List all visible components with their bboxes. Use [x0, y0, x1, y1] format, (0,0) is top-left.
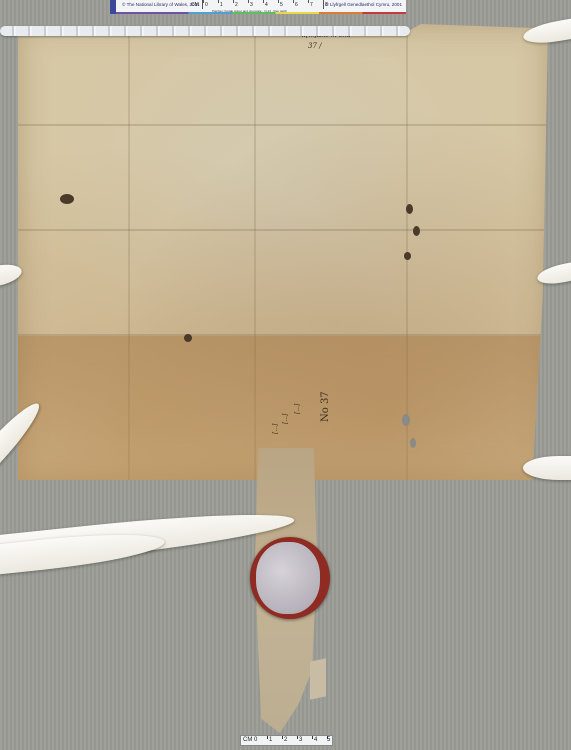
ruler-tick: 0 — [205, 2, 208, 8]
seal-hole — [404, 252, 411, 260]
bottom-scale-bar: CM 0 1 2 3 4 5 — [240, 735, 333, 746]
ruler-mark — [267, 736, 268, 739]
ruler-mark — [312, 736, 313, 739]
seal-hole — [406, 204, 413, 214]
seal-hole — [413, 226, 420, 236]
ruler-tick: 4 — [265, 2, 268, 8]
ruler-tick: 0 — [254, 737, 257, 743]
wax-seal — [250, 537, 330, 619]
ruler-tick: 7 — [310, 2, 313, 8]
seal-hole — [184, 334, 192, 342]
ruler-tick: 1 — [269, 737, 272, 743]
ruler-tick: 5 — [327, 737, 330, 743]
colour-patches — [116, 12, 406, 14]
endorsement-text: [...] — [272, 424, 279, 434]
ruler-tick: 2 — [235, 2, 238, 8]
archive-number: 37 / — [308, 42, 322, 50]
cm-ruler: CM 0 1 2 3 4 5 6 7 8 — [202, 0, 324, 9]
ink-stain — [60, 194, 74, 204]
top-scale-bar: © The National Library of Wales, 2001 CM… — [116, 0, 406, 14]
fold-line — [18, 229, 548, 231]
endorsement-text: [...] — [294, 404, 301, 414]
tag-flap — [310, 658, 326, 699]
copyright-left: © The National Library of Wales, 2001 — [122, 2, 200, 7]
ruler-tick: 3 — [299, 737, 302, 743]
seal-face — [256, 542, 320, 614]
endorsement-number: No 37 — [320, 391, 331, 422]
chain-weight — [0, 26, 410, 36]
ruler-mark — [282, 736, 283, 739]
ruler-mark — [297, 736, 298, 739]
parchment-charter: w[...]lshe m Cha 37 / No 37 [...] [...] … — [18, 24, 548, 480]
copyright-right: © Llyfrgell Genedlaethol Cymru, 2001 — [325, 2, 402, 7]
ruler-tick: 4 — [314, 737, 317, 743]
fold-line — [18, 124, 548, 126]
ruler-unit: CM — [243, 737, 252, 743]
seal-hole — [402, 414, 410, 426]
endorsement-text: [...] — [282, 414, 289, 424]
ruler-tick: 6 — [295, 2, 298, 8]
ruler-tick: 2 — [284, 737, 287, 743]
ruler-tick: 1 — [220, 2, 223, 8]
ruler-tick: 5 — [280, 2, 283, 8]
ruler-unit: CM — [191, 2, 199, 8]
seal-hole — [410, 438, 416, 448]
ruler-tick: 3 — [250, 2, 253, 8]
